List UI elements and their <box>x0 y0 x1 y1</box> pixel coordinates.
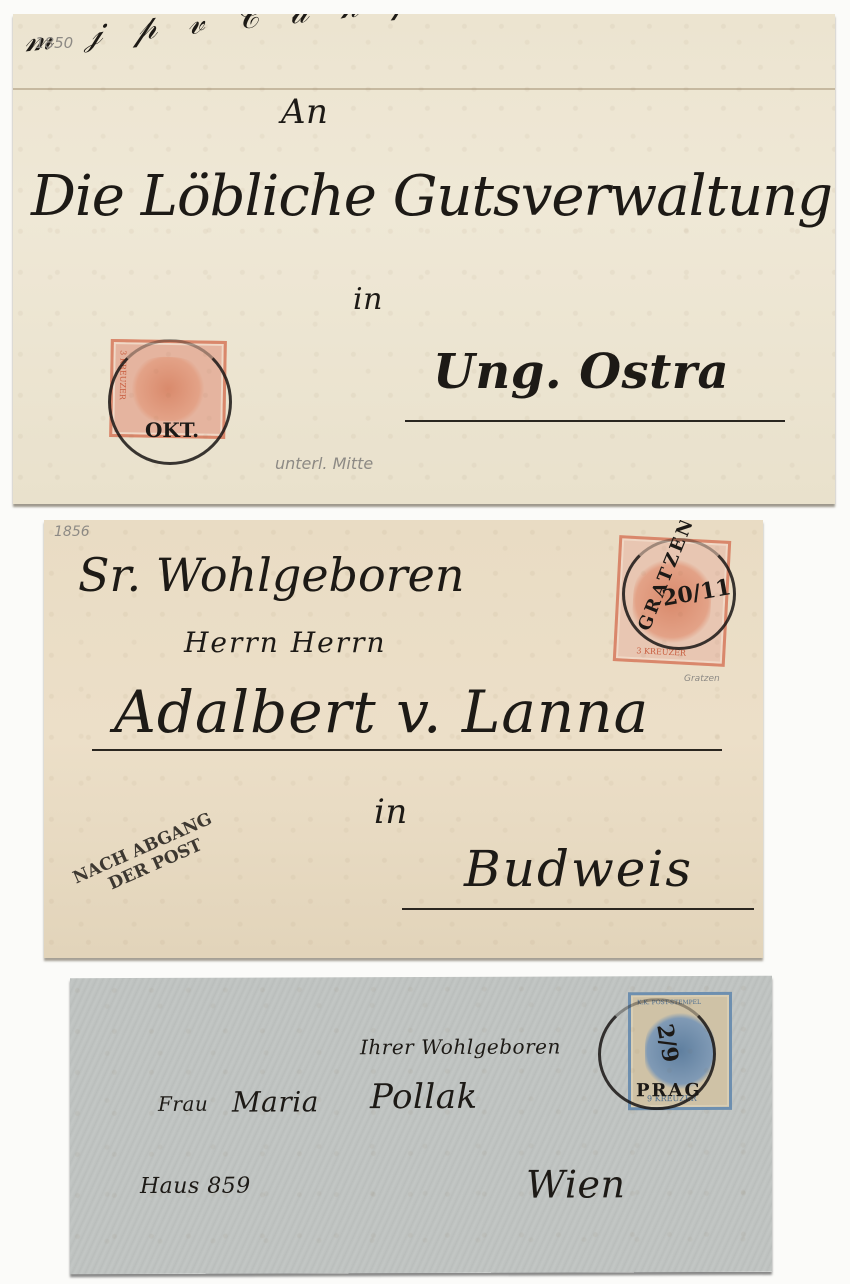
postmark-town: PRAG <box>636 1080 702 1101</box>
pencil-year: 1850 <box>35 34 73 52</box>
underline <box>405 420 785 422</box>
address-prefix: Frau <box>158 1092 208 1116</box>
address-city: Wien <box>526 1162 626 1206</box>
header-scrawl: 𝓂 𝒿 𝓅 𝓋 𝒞 𝒶 𝓃 𝒻 <box>22 14 418 60</box>
address-street: Haus 859 <box>140 1174 251 1199</box>
cover-1850: 𝓂 𝒿 𝓅 𝓋 𝒞 𝒶 𝓃 𝒻 1850 An Die Löbliche Gut… <box>13 14 835 504</box>
address-line-1: Sr. Wohlgeboren <box>78 548 465 602</box>
address-line-4: Ung. Ostra <box>433 344 729 400</box>
address-name: Maria <box>232 1085 319 1118</box>
address-line-2: Die Löbliche Gutsverwaltung <box>31 164 832 229</box>
address-line-1: An <box>281 92 328 132</box>
underline-city <box>402 908 754 910</box>
address-line-1: Ihrer Wohlgeboren <box>360 1035 561 1060</box>
address-line-2: Herrn Herrn <box>184 626 386 659</box>
postmark-circle <box>108 339 232 465</box>
address-surname: Pollak <box>370 1077 478 1117</box>
cover-1856: 1856 Sr. Wohlgeboren Herrn Herrn Adalber… <box>44 520 763 958</box>
address-line-3: in <box>353 282 383 317</box>
address-line-5: Budweis <box>464 840 693 898</box>
pencil-note: Gratzen <box>684 674 720 684</box>
pencil-year: 1856 <box>54 524 90 540</box>
handstamp-nach-abgang: NACH ABGANG DER POST <box>70 809 223 907</box>
address-line-3: Adalbert v. Lanna <box>114 678 649 746</box>
postmark-text: OKT. <box>145 418 199 442</box>
fold-line <box>13 88 835 90</box>
pencil-note: unterl. Mitte <box>275 454 373 473</box>
address-line-4: in <box>374 792 408 832</box>
underline-name <box>92 749 722 751</box>
cover-blue: Ihrer Wohlgeboren Frau Maria Pollak Haus… <box>70 976 772 1274</box>
